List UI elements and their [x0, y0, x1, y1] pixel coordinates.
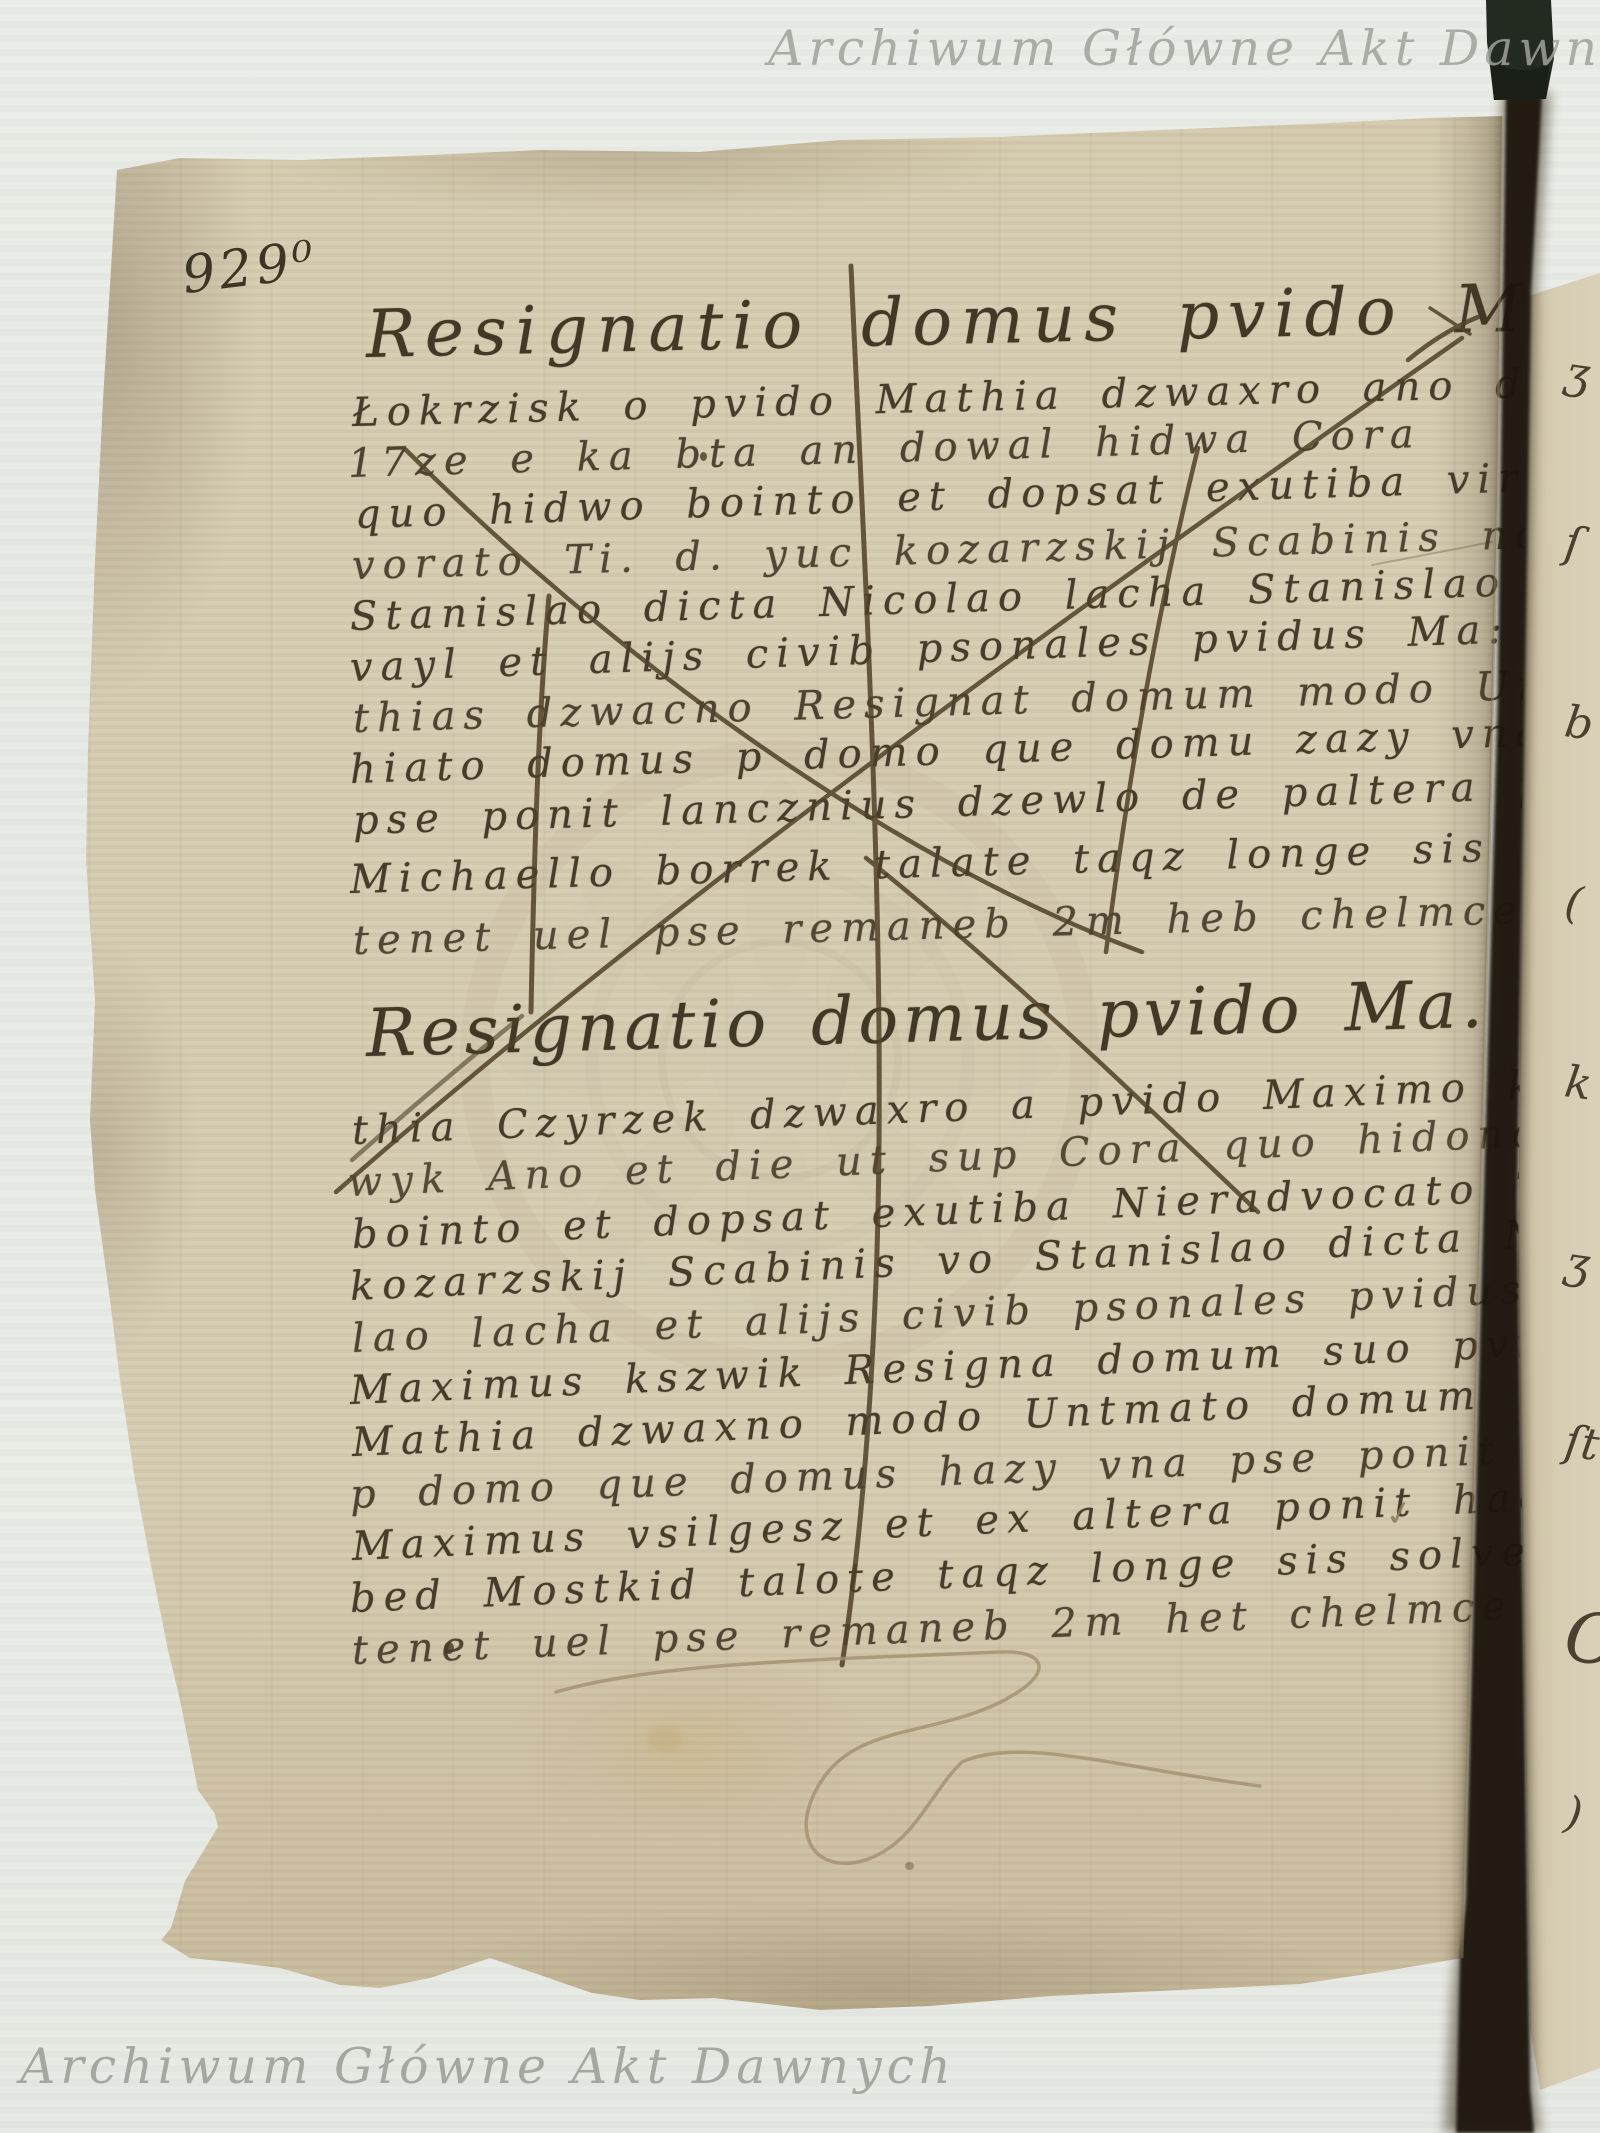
folio-number: 929⁰: [179, 230, 321, 306]
entry-heading-1: Resignatio domus pvido Maximo: [365, 264, 1600, 373]
next-page-text-fragment: b: [1562, 696, 1597, 750]
archival-scan: 929⁰ Resignatio domus pvido Maximo Łokrz…: [0, 0, 1600, 2133]
next-page-text-fragment: ſ: [1562, 517, 1585, 570]
next-page-text-fragment: ʒ: [1562, 1237, 1594, 1291]
entry-heading-2: Resignatio domus pvido Ma.: [365, 966, 1488, 1072]
next-page-text-fragment: ): [1562, 1787, 1586, 1840]
handwritten-text-layer: 929⁰ Resignatio domus pvido Maximo Łokrz…: [0, 0, 1600, 2133]
next-page-text-fragment: ʒ: [1562, 347, 1594, 401]
next-page-text-fragment: ſt: [1562, 1416, 1600, 1471]
next-page-text-fragment: (: [1562, 877, 1586, 930]
next-page-text-fragment: C: [1560, 1595, 1600, 1684]
next-page-text-fragment: k: [1562, 1056, 1596, 1110]
